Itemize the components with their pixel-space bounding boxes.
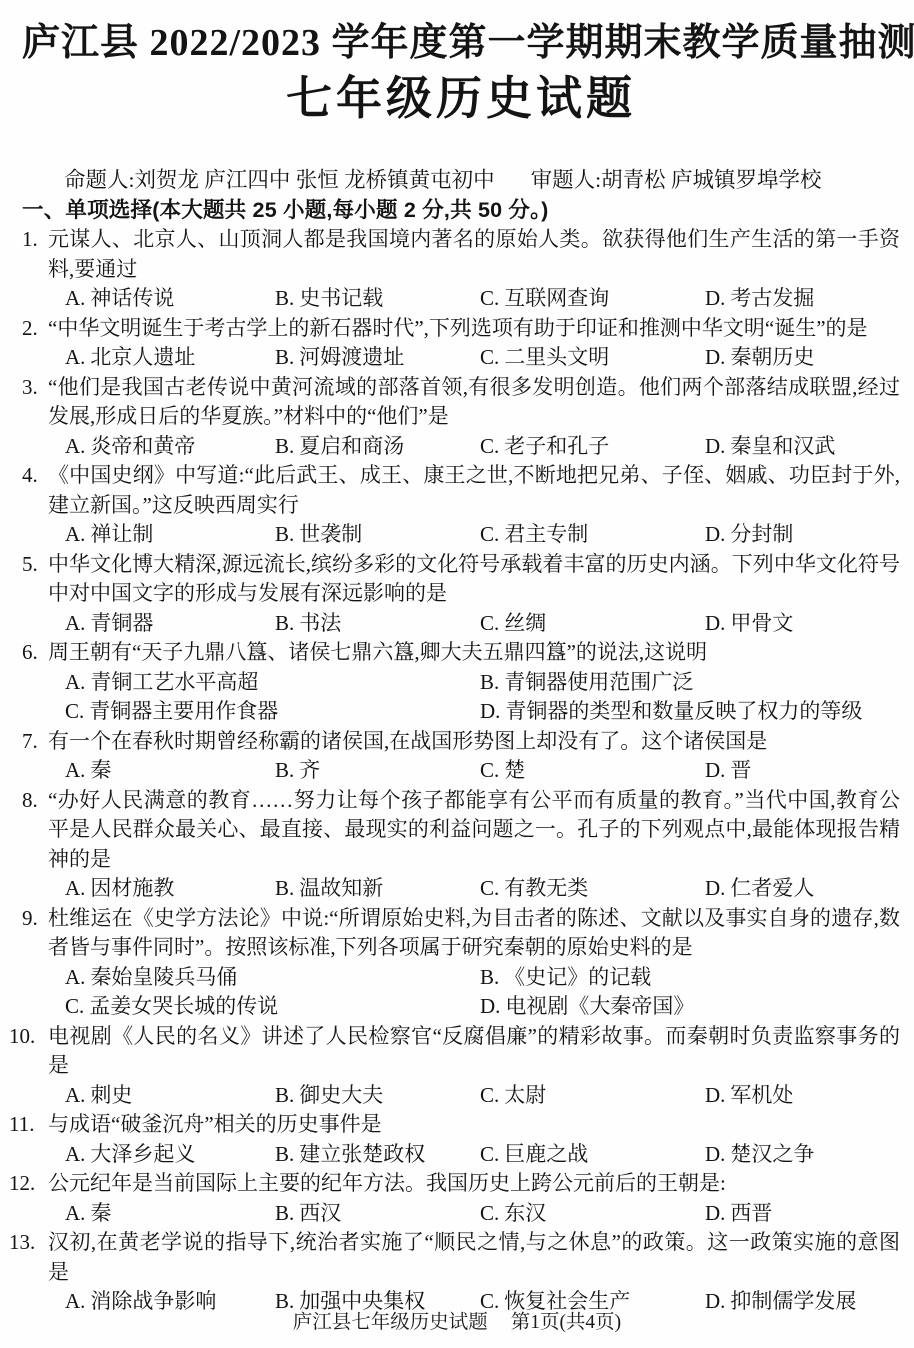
question-number: 4. xyxy=(22,461,38,491)
question-number: 2. xyxy=(22,314,38,344)
option-label: B. xyxy=(275,286,294,310)
option-label: C. xyxy=(480,345,499,369)
exam-title: 庐江县 2022/2023 学年度第一学期期末教学质量抽测 xyxy=(22,22,900,66)
question-text: 汉初,在黄老学说的指导下,统治者实施了“顺民之情,与之休息”的政策。这一政策实施… xyxy=(48,1228,900,1287)
reviewer-info: 审题人:胡青松 庐城镇罗埠学校 xyxy=(531,166,822,195)
question-number: 6. xyxy=(22,638,38,668)
option-label: C. xyxy=(480,1142,499,1166)
option-label: A. xyxy=(65,758,85,782)
option-label: C. xyxy=(480,522,499,546)
option-label: B. xyxy=(275,876,294,900)
option-label: D. xyxy=(705,1201,725,1225)
option-label: D. xyxy=(705,876,725,900)
option: C.楚 xyxy=(480,756,705,786)
option: C.太尉 xyxy=(480,1081,705,1111)
option-label: D. xyxy=(705,345,725,369)
options-row: A.青铜工艺水平高超B.青铜器使用范围广泛 xyxy=(65,668,900,698)
question: 7.有一个在春秋时期曾经称霸的诸侯国,在战国形势图上却没有了。这个诸侯国是A.秦… xyxy=(22,727,900,786)
proposer-info: 命题人:刘贺龙 庐江四中 张恒 龙桥镇黄屯初中 xyxy=(64,166,495,195)
exam-page: 庐江县 2022/2023 学年度第一学期期末教学质量抽测 七年级历史试题 命题… xyxy=(0,0,914,1348)
option-label: B. xyxy=(275,1142,294,1166)
question-text: “中华文明诞生于考古学上的新石器时代”,下列选项有助于印证和推测中华文明“诞生”… xyxy=(48,314,900,344)
options-row: A.神话传说B.史书记载C.互联网查询D.考古发掘 xyxy=(65,284,900,314)
option-label: D. xyxy=(705,434,725,458)
option-label: D. xyxy=(705,611,725,635)
option: D.秦皇和汉武 xyxy=(705,432,900,462)
option-label: B. xyxy=(275,1083,294,1107)
question: 10.电视剧《人民的名义》讲述了人民检察官“反腐倡廉”的精彩故事。而秦朝时负责监… xyxy=(22,1022,900,1111)
option: A.秦 xyxy=(65,756,275,786)
option: C.君主专制 xyxy=(480,520,705,550)
option: D.电视剧《大秦帝国》 xyxy=(480,992,900,1022)
option-label: B. xyxy=(480,965,499,989)
question-number: 13. xyxy=(9,1228,35,1258)
option: B.夏启和商汤 xyxy=(275,432,480,462)
question: 13.汉初,在黄老学说的指导下,统治者实施了“顺民之情,与之休息”的政策。这一政… xyxy=(22,1228,900,1317)
question-text: 与成语“破釜沉舟”相关的历史事件是 xyxy=(48,1110,900,1140)
section-header: 一、单项选择(本大题共 25 小题,每小题 2 分,共 50 分。) xyxy=(22,195,900,225)
option: B.御史大夫 xyxy=(275,1081,480,1111)
option-label: D. xyxy=(705,522,725,546)
question: 4.《中国史纲》中写道:“此后武王、成王、康王之世,不断地把兄弟、子侄、姻戚、功… xyxy=(22,461,900,550)
question-text: 中华文化博大精深,源远流长,缤纷多彩的文化符号承载着丰富的历史内涵。下列中华文化… xyxy=(48,550,900,609)
option: D.军机处 xyxy=(705,1081,900,1111)
option-label: A. xyxy=(65,611,85,635)
question-text: 公元纪年是当前国际上主要的纪年方法。我国历史上跨公元前后的王朝是: xyxy=(48,1169,900,1199)
question-text: “办好人民满意的教育……努力让每个孩子都能享有公平而有质量的教育。”当代中国,教… xyxy=(48,786,900,875)
question-number: 9. xyxy=(22,904,38,934)
option-label: A. xyxy=(65,345,85,369)
option: B.齐 xyxy=(275,756,480,786)
option-label: C. xyxy=(480,758,499,782)
option: C.二里头文明 xyxy=(480,343,705,373)
option-label: C. xyxy=(480,434,499,458)
option: A.神话传说 xyxy=(65,284,275,314)
option-label: A. xyxy=(65,876,85,900)
option: A.青铜器 xyxy=(65,609,275,639)
option: B.《史记》的记载 xyxy=(480,963,900,993)
question-number: 12. xyxy=(9,1169,35,1199)
question-text: 电视剧《人民的名义》讲述了人民检察官“反腐倡廉”的精彩故事。而秦朝时负责监察事务… xyxy=(48,1022,900,1081)
question-text: “他们是我国古老传说中黄河流域的部落首领,有很多发明创造。他们两个部落结成联盟,… xyxy=(48,373,900,432)
option-label: B. xyxy=(275,522,294,546)
options-row: A.秦B.齐C.楚D.晋 xyxy=(65,756,900,786)
options-row: A.青铜器B.书法C.丝绸D.甲骨文 xyxy=(65,609,900,639)
option-label: A. xyxy=(65,1201,85,1225)
option-label: D. xyxy=(705,758,725,782)
question-text: 有一个在春秋时期曾经称霸的诸侯国,在战国形势图上却没有了。这个诸侯国是 xyxy=(48,727,900,757)
option: B.温故知新 xyxy=(275,874,480,904)
option: C.巨鹿之战 xyxy=(480,1140,705,1170)
option: D.考古发掘 xyxy=(705,284,900,314)
option: D.晋 xyxy=(705,756,900,786)
option-label: C. xyxy=(480,611,499,635)
option: B.书法 xyxy=(275,609,480,639)
question-number: 7. xyxy=(22,727,38,757)
option: B.青铜器使用范围广泛 xyxy=(480,668,900,698)
option-label: A. xyxy=(65,1142,85,1166)
option: D.青铜器的类型和数量反映了权力的等级 xyxy=(480,697,900,727)
question-text: 杜维运在《史学方法论》中说:“所谓原始史料,为目击者的陈述、文献以及事实自身的遗… xyxy=(48,904,900,963)
option: A.禅让制 xyxy=(65,520,275,550)
option: C.青铜器主要用作食器 xyxy=(65,697,480,727)
option: C.丝绸 xyxy=(480,609,705,639)
option-label: B. xyxy=(275,611,294,635)
options-row: C.青铜器主要用作食器D.青铜器的类型和数量反映了权力的等级 xyxy=(65,697,900,727)
options-row: A.北京人遗址B.河姆渡遗址C.二里头文明D.秦朝历史 xyxy=(65,343,900,373)
option-label: C. xyxy=(480,1083,499,1107)
option: D.甲骨文 xyxy=(705,609,900,639)
option-label: A. xyxy=(65,434,85,458)
question: 11.与成语“破釜沉舟”相关的历史事件是A.大泽乡起义B.建立张楚政权C.巨鹿之… xyxy=(22,1110,900,1169)
option: D.仁者爱人 xyxy=(705,874,900,904)
option: C.有教无类 xyxy=(480,874,705,904)
option-label: B. xyxy=(275,345,294,369)
question-text: 《中国史纲》中写道:“此后武王、成王、康王之世,不断地把兄弟、子侄、姻戚、功臣封… xyxy=(48,461,900,520)
option-label: B. xyxy=(275,1201,294,1225)
question: 5.中华文化博大精深,源远流长,缤纷多彩的文化符号承载着丰富的历史内涵。下列中华… xyxy=(22,550,900,639)
question-number: 8. xyxy=(22,786,38,816)
option-label: A. xyxy=(65,286,85,310)
option-label: A. xyxy=(65,965,85,989)
option: A.大泽乡起义 xyxy=(65,1140,275,1170)
option-label: A. xyxy=(65,670,85,694)
option: D.分封制 xyxy=(705,520,900,550)
question: 2.“中华文明诞生于考古学上的新石器时代”,下列选项有助于印证和推测中华文明“诞… xyxy=(22,314,900,373)
option: B.河姆渡遗址 xyxy=(275,343,480,373)
options-row: A.因材施教B.温故知新C.有教无类D.仁者爱人 xyxy=(65,874,900,904)
option: A.青铜工艺水平高超 xyxy=(65,668,480,698)
question-number: 5. xyxy=(22,550,38,580)
option-label: D. xyxy=(705,1083,725,1107)
footer-doc-label: 庐江县七年级历史试题 xyxy=(293,1312,488,1333)
question: 12.公元纪年是当前国际上主要的纪年方法。我国历史上跨公元前后的王朝是:A.秦B… xyxy=(22,1169,900,1228)
options-row: A.炎帝和黄帝B.夏启和商汤C.老子和孔子D.秦皇和汉武 xyxy=(65,432,900,462)
option-label: A. xyxy=(65,1083,85,1107)
option: A.因材施教 xyxy=(65,874,275,904)
option: D.秦朝历史 xyxy=(705,343,900,373)
option: C.老子和孔子 xyxy=(480,432,705,462)
option: D.楚汉之争 xyxy=(705,1140,900,1170)
option-label: A. xyxy=(65,522,85,546)
option-label: C. xyxy=(480,1201,499,1225)
question-number: 1. xyxy=(22,225,38,255)
option-label: D. xyxy=(480,699,500,723)
options-row: A.刺史B.御史大夫C.太尉D.军机处 xyxy=(65,1081,900,1111)
option-label: D. xyxy=(480,994,500,1018)
option-label: C. xyxy=(65,994,84,1018)
option: A.刺史 xyxy=(65,1081,275,1111)
question: 8.“办好人民满意的教育……努力让每个孩子都能享有公平而有质量的教育。”当代中国… xyxy=(22,786,900,904)
question: 6.周王朝有“天子九鼎八簋、诸侯七鼎六簋,卿大夫五鼎四簋”的说法,这说明A.青铜… xyxy=(22,638,900,727)
question: 9.杜维运在《史学方法论》中说:“所谓原始史料,为目击者的陈述、文献以及事实自身… xyxy=(22,904,900,1022)
options-row: A.大泽乡起义B.建立张楚政权C.巨鹿之战D.楚汉之争 xyxy=(65,1140,900,1170)
options-row: A.禅让制B.世袭制C.君主专制D.分封制 xyxy=(65,520,900,550)
option: D.西晋 xyxy=(705,1199,900,1229)
question-number: 3. xyxy=(22,373,38,403)
option-label: C. xyxy=(480,876,499,900)
option-label: C. xyxy=(480,286,499,310)
option: A.秦始皇陵兵马俑 xyxy=(65,963,480,993)
option: A.炎帝和黄帝 xyxy=(65,432,275,462)
question: 3.“他们是我国古老传说中黄河流域的部落首领,有很多发明创造。他们两个部落结成联… xyxy=(22,373,900,462)
question-number: 10. xyxy=(9,1022,35,1052)
question-number: 11. xyxy=(9,1110,34,1140)
option: B.史书记载 xyxy=(275,284,480,314)
option-label: C. xyxy=(65,699,84,723)
options-row: A.秦B.西汉C.东汉D.西晋 xyxy=(65,1199,900,1229)
option: A.北京人遗址 xyxy=(65,343,275,373)
option: A.秦 xyxy=(65,1199,275,1229)
option: B.建立张楚政权 xyxy=(275,1140,480,1170)
option-label: B. xyxy=(480,670,499,694)
option: C.孟姜女哭长城的传说 xyxy=(65,992,480,1022)
option: C.东汉 xyxy=(480,1199,705,1229)
question-list: 1.元谋人、北京人、山顶洞人都是我国境内著名的原始人类。欲获得他们生产生活的第一… xyxy=(22,225,900,1317)
page-footer: 庐江县七年级历史试题 第1页(共4页) xyxy=(0,1306,914,1334)
options-row: C.孟姜女哭长城的传说D.电视剧《大秦帝国》 xyxy=(65,992,900,1022)
option-label: B. xyxy=(275,758,294,782)
option-label: B. xyxy=(275,434,294,458)
question-text: 周王朝有“天子九鼎八簋、诸侯七鼎六簋,卿大夫五鼎四簋”的说法,这说明 xyxy=(48,638,900,668)
option-label: D. xyxy=(705,286,725,310)
option: B.西汉 xyxy=(275,1199,480,1229)
examiner-info-line: 命题人:刘贺龙 庐江四中 张恒 龙桥镇黄屯初中 审题人:胡青松 庐城镇罗埠学校 xyxy=(22,166,900,195)
option-label: D. xyxy=(705,1142,725,1166)
options-row: A.秦始皇陵兵马俑B.《史记》的记载 xyxy=(65,963,900,993)
footer-page-label: 第1页(共4页) xyxy=(511,1312,622,1333)
option: C.互联网查询 xyxy=(480,284,705,314)
question-text: 元谋人、北京人、山顶洞人都是我国境内著名的原始人类。欲获得他们生产生活的第一手资… xyxy=(48,225,900,284)
question: 1.元谋人、北京人、山顶洞人都是我国境内著名的原始人类。欲获得他们生产生活的第一… xyxy=(22,225,900,314)
option: B.世袭制 xyxy=(275,520,480,550)
exam-subtitle: 七年级历史试题 xyxy=(22,74,900,125)
